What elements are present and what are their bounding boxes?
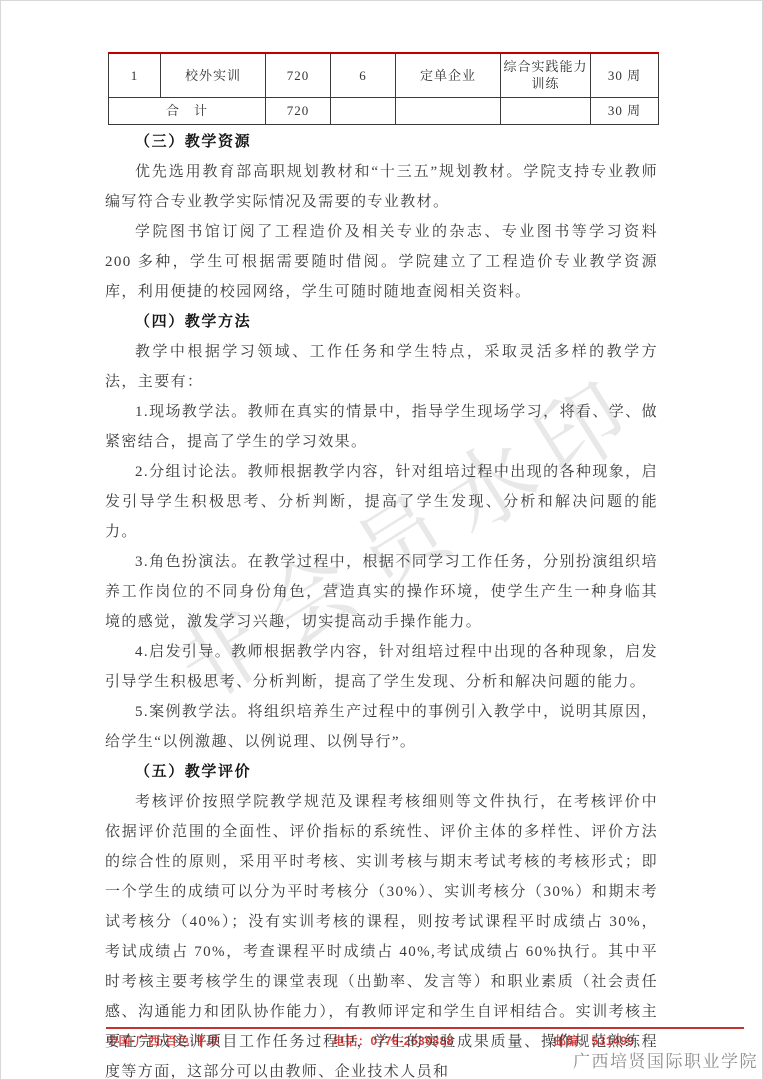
cell-total-label: 合 计 <box>109 97 266 124</box>
paragraph: 教学中根据学习领域、工作任务和学生特点，采取灵活多样的教学方法，主要有： <box>105 337 658 397</box>
document-body: （三）教学资源 优先选用教育部高职规划教材和“十三五”规划教材。学院支持专业教师… <box>105 127 658 1080</box>
cell-credits: 6 <box>331 53 396 97</box>
paragraph: 学院图书馆订阅了工程造价及相关专业的杂志、专业图书等学习资料 200 多种，学生… <box>105 217 658 307</box>
section-heading-teaching-methods: （四）教学方法 <box>105 307 658 337</box>
cell-course-name: 校外实训 <box>161 53 266 97</box>
cell-index: 1 <box>109 53 161 97</box>
cell-weeks: 30 周 <box>591 53 659 97</box>
curriculum-table: 1 校外实训 720 6 定单企业 综合实践能力训练 30 周 合 计 720 … <box>108 52 659 125</box>
cell-empty <box>331 97 396 124</box>
paragraph: 考核评价按照学院教学规范及课程考核细则等文件执行，在考核评价中依据评价范围的全面… <box>105 787 658 1080</box>
paragraph: 4.启发引导。教师根据教学内容，针对组培过程中出现的各种现象，启发引导学生积极思… <box>105 637 658 697</box>
cell-hours: 720 <box>266 53 331 97</box>
section-heading-teaching-evaluation: （五）教学评价 <box>105 757 658 787</box>
paragraph: 优先选用教育部高职规划教材和“十三五”规划教材。学院支持专业教师编写符合专业教学… <box>105 157 658 217</box>
paragraph: 3.角色扮演法。在教学过程中，根据不同学习工作任务，分别扮演组织培养工作岗位的不… <box>105 547 658 637</box>
cell-empty <box>501 97 591 124</box>
table-total-row: 合 计 720 30 周 <box>109 97 659 124</box>
cell-place: 定单企业 <box>396 53 501 97</box>
paragraph: 2.分组讨论法。教师根据教学内容，针对组培过程中出现的各种现象，启发引导学生积极… <box>105 457 658 547</box>
document-page: 非会员水印 1 校外实训 720 6 定单企业 综合实践能力训练 30 周 合 … <box>0 0 763 1080</box>
cell-total-hours: 720 <box>266 97 331 124</box>
paragraph: 1.现场教学法。教师在真实的情景中，指导学生现场学习，将看、学、做紧密结合，提高… <box>105 397 658 457</box>
cell-training-type: 综合实践能力训练 <box>501 53 591 97</box>
cell-empty <box>396 97 501 124</box>
paragraph: 5.案例教学法。将组织培养生产过程中的事例引入教学中，说明其原因，给学生“以例激… <box>105 697 658 757</box>
cell-total-weeks: 30 周 <box>591 97 659 124</box>
table-row: 1 校外实训 720 6 定单企业 综合实践能力训练 30 周 <box>109 53 659 97</box>
section-heading-teaching-resources: （三）教学资源 <box>105 127 658 157</box>
